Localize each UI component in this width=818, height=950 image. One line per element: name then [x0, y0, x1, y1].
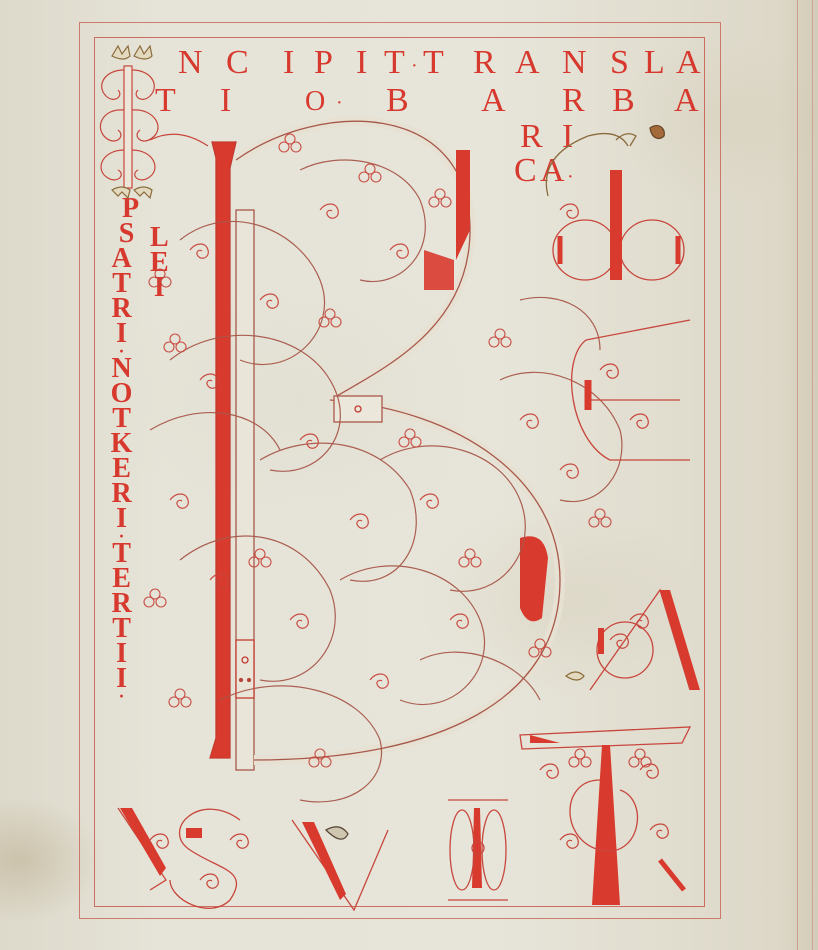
initial-letter-a [566, 590, 700, 690]
dragon-initial-i [100, 46, 208, 198]
initial-letter-vs-ligature [118, 808, 248, 908]
illuminated-initial-artwork [0, 0, 818, 950]
initial-letter-b [210, 121, 560, 770]
initial-letter-e [546, 126, 690, 460]
scroll-curls [170, 204, 578, 688]
initial-letter-t [520, 727, 690, 905]
initial-letter-i [448, 800, 508, 900]
trefoil-buds [144, 134, 611, 767]
initial-letter-v [292, 820, 388, 910]
